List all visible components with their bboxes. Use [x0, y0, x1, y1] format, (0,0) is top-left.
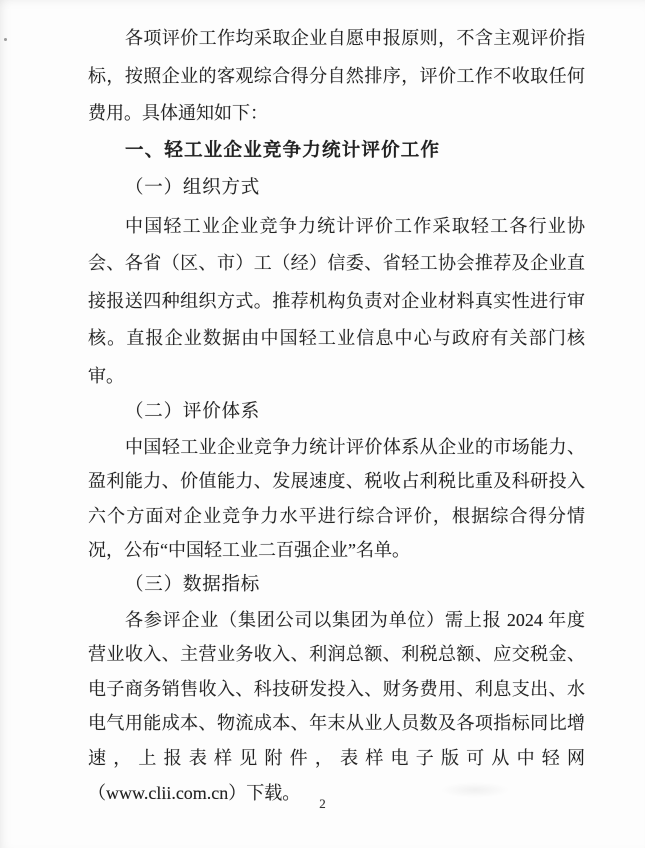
indicators-line-3: 电子商务销售收入、科技研发投入、财务费用、利息支出、水: [88, 672, 585, 707]
scan-speck: [4, 38, 7, 41]
subsection-indicators-heading: （三）数据指标: [88, 568, 585, 603]
indicators-line-1: 各参评企业（集团公司以集团为单位）需上报 2024 年度: [88, 603, 585, 638]
evaluation-line-3: 六个方面对企业竞争力水平进行综合评价，根据综合得分情: [88, 499, 585, 534]
organization-line-5: 审。: [88, 358, 585, 396]
organization-line-1: 中国轻工业企业竞争力统计评价工作采取轻工各行业协: [88, 208, 585, 246]
section-1-heading: 一、轻工业企业竞争力统计评价工作: [88, 133, 585, 171]
evaluation-line-1: 中国轻工业企业竞争力统计评价体系从企业的市场能力、: [88, 430, 585, 465]
organization-line-3: 接报送四种组织方式。推荐机构负责对企业材料真实性进行审: [88, 283, 585, 321]
indicators-line-4: 电气用能成本、物流成本、年末从业人员数及各项指标同比增: [88, 706, 585, 741]
document-upper-block: 各项评价工作均采取企业自愿申报原则，不含主观评价指 标，按照企业的客观综合得分自…: [88, 20, 585, 395]
subsection-evaluation-heading: （二）评价体系: [88, 395, 585, 430]
indicators-line-2: 营业收入、主营业务收入、利润总额、利税总额、应交税金、: [88, 637, 585, 672]
evaluation-line-4: 况，公布“中国轻工业二百强企业”名单。: [88, 533, 585, 568]
organization-line-4: 核。直报企业数据由中国轻工业信息中心与政府有关部门核: [88, 320, 585, 358]
indicators-line-5: 速，上报表样见附件，表样电子版可从中轻网: [88, 741, 585, 776]
intro-paragraph-line-1: 各项评价工作均采取企业自愿申报原则，不含主观评价指: [88, 20, 585, 58]
page-number: 2: [0, 796, 645, 812]
intro-paragraph-line-2: 标，按照企业的客观综合得分自然排序，评价工作不收取任何: [88, 58, 585, 96]
intro-paragraph-line-3: 费用。具体通知如下：: [88, 95, 585, 133]
scanned-document-page: 各项评价工作均采取企业自愿申报原则，不含主观评价指 标，按照企业的客观综合得分自…: [0, 0, 645, 848]
organization-line-2: 会、各省（区、市）工（经）信委、省轻工协会推荐及企业直: [88, 245, 585, 283]
document-body: 各项评价工作均采取企业自愿申报原则，不含主观评价指 标，按照企业的客观综合得分自…: [88, 20, 585, 810]
subsection-organization-heading: （一）组织方式: [88, 170, 585, 208]
evaluation-line-2: 盈利能力、价值能力、发展速度、税收占利税比重及科研投入: [88, 464, 585, 499]
document-lower-block: （二）评价体系 中国轻工业企业竞争力统计评价体系从企业的市场能力、 盈利能力、价…: [88, 395, 585, 810]
